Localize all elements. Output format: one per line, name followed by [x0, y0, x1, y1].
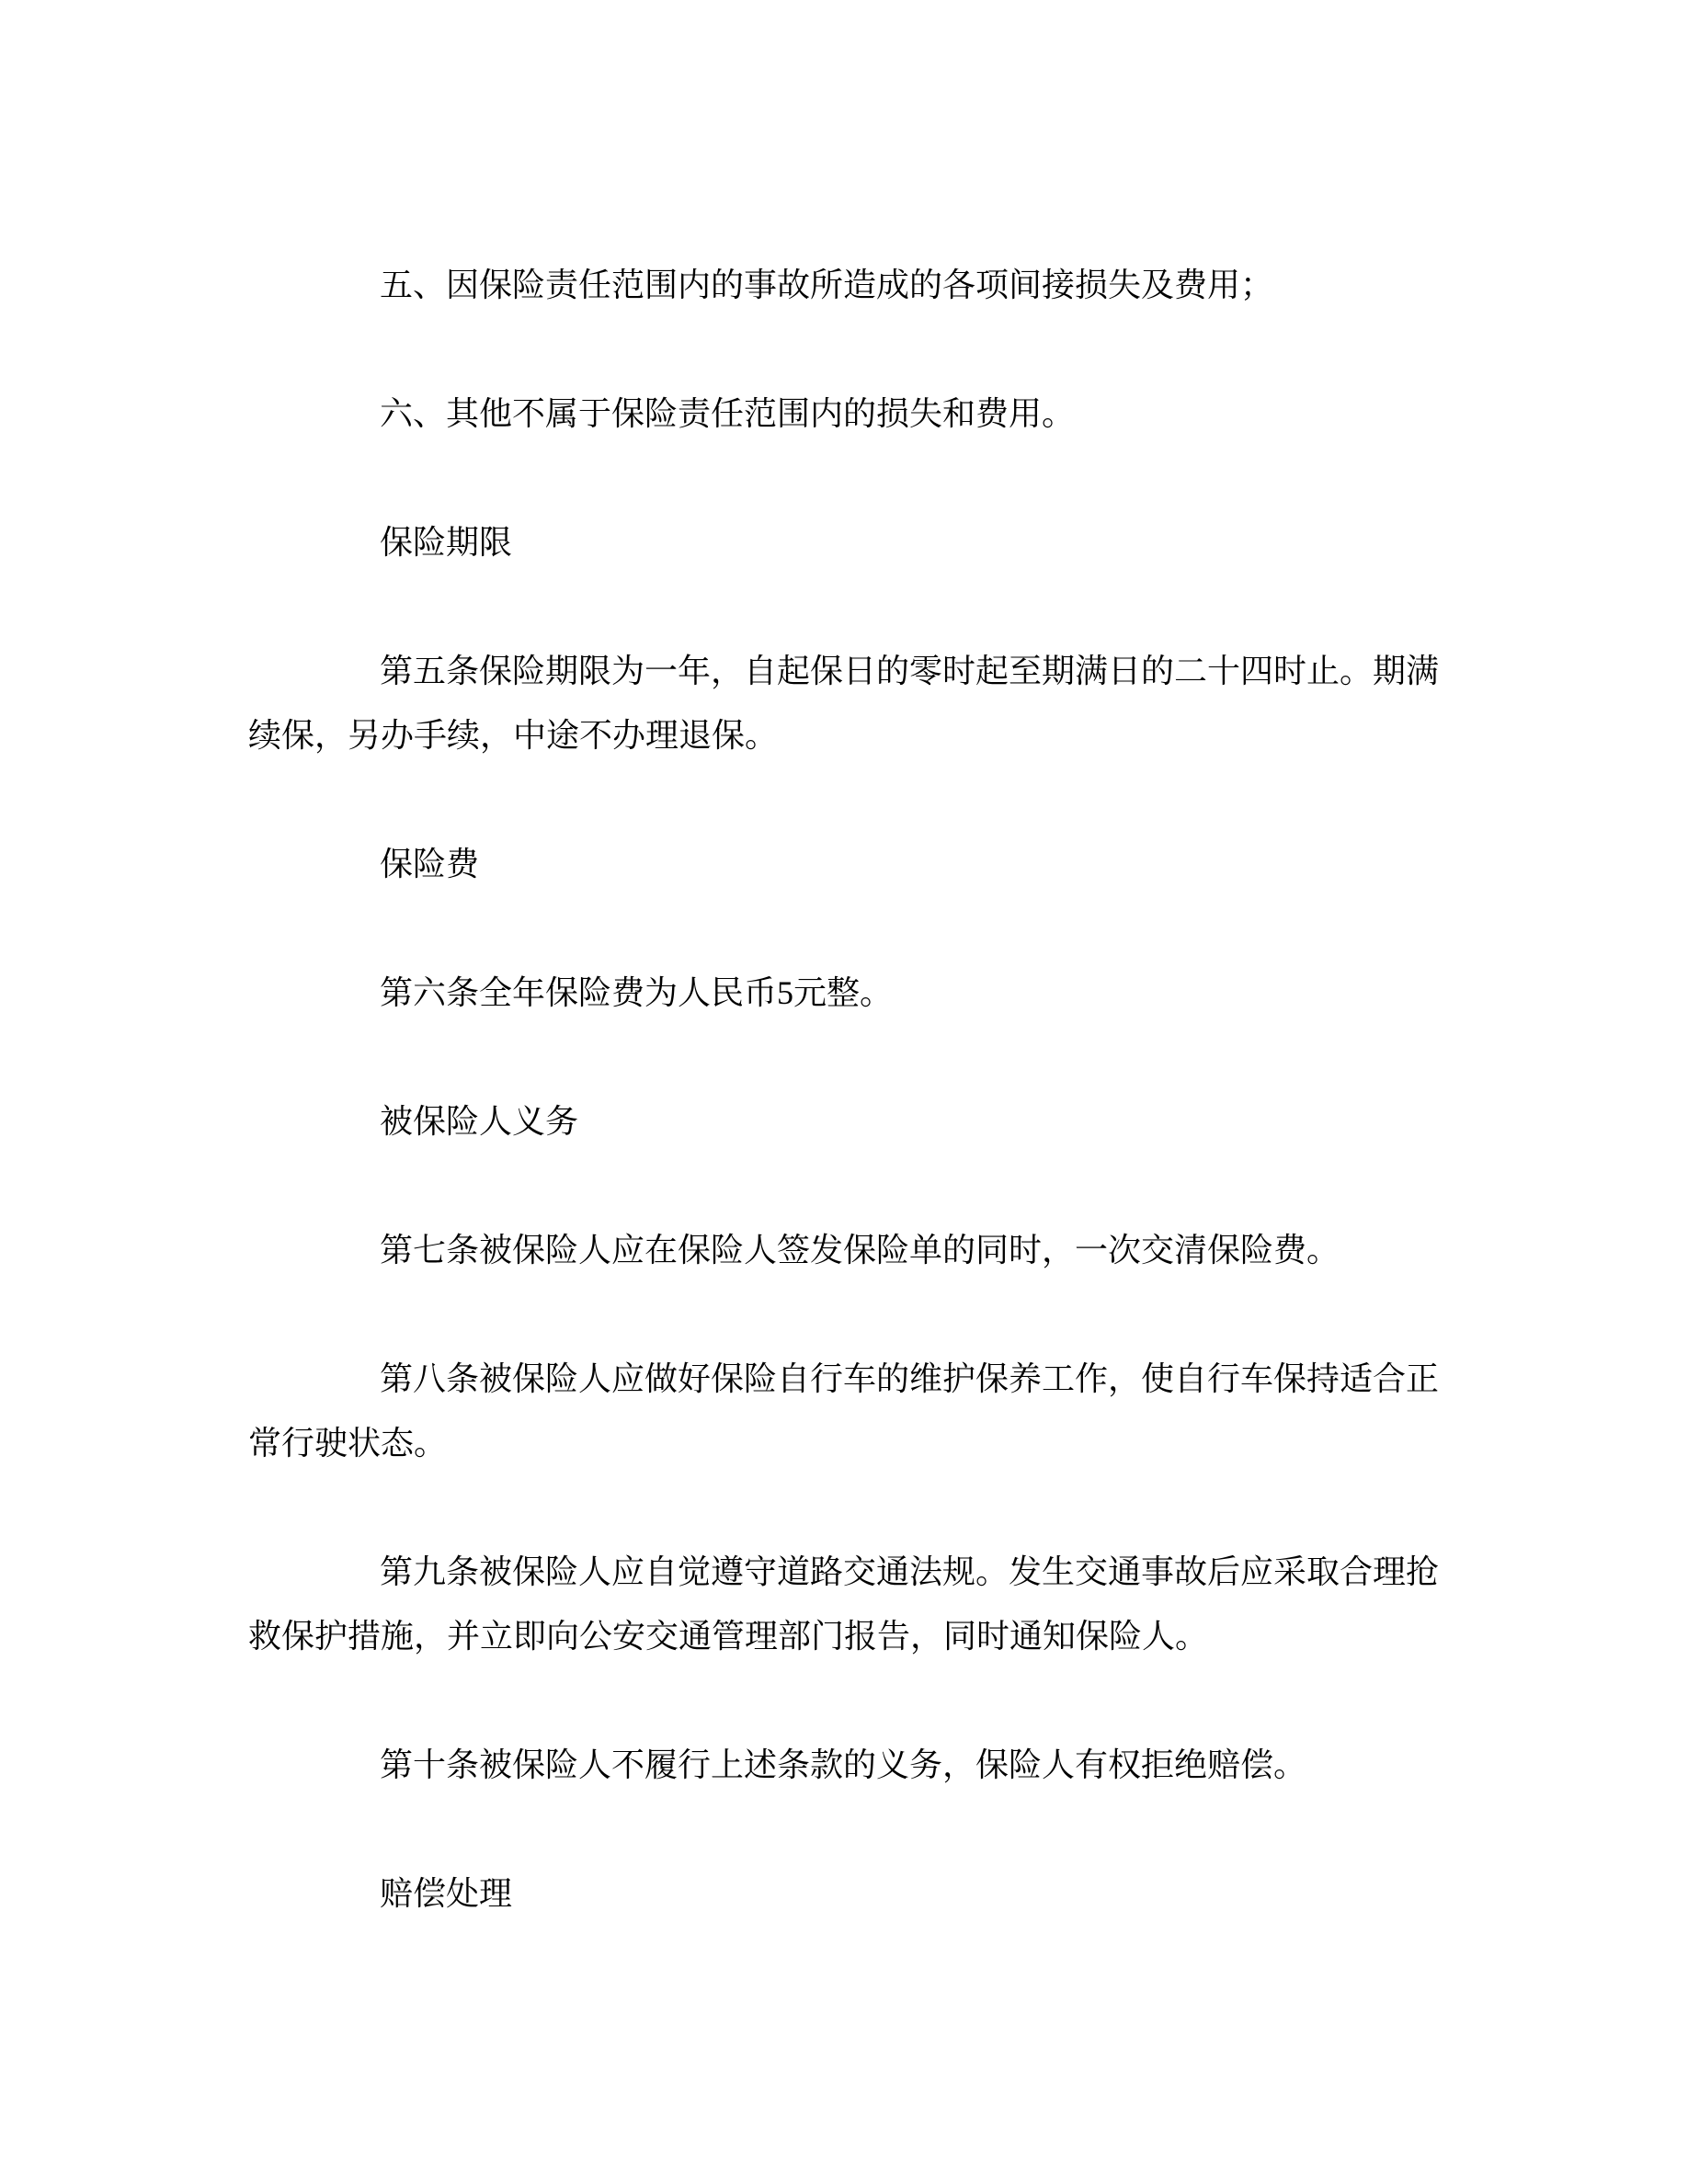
- paragraph-article-5: 第五条保险期限为一年，自起保日的零时起至期满日的二十四时止。期满 续保，另办手续…: [248, 639, 1439, 768]
- paragraph-article-9: 第九条被保险人应自觉遵守道路交通法规。发生交通事故后应采取合理抢 救保护措施，并…: [248, 1540, 1439, 1668]
- list-item-five: 五、因保险责任范围内的事故所造成的各项间接损失及费用；: [248, 253, 1439, 317]
- paragraph-article-7: 第七条被保险人应在保险人签发保险单的同时，一次交清保险费。: [248, 1218, 1439, 1282]
- document-page: 五、因保险责任范围内的事故所造成的各项间接损失及费用； 六、其他不属于保险责任范…: [0, 0, 1688, 2184]
- section-heading-premium: 保险费: [248, 832, 1439, 896]
- paragraph-article-10: 第十条被保险人不履行上述条款的义务，保险人有权拒绝赔偿。: [248, 1733, 1439, 1797]
- section-heading-insurance-period: 保险期限: [248, 510, 1439, 574]
- section-heading-claims-handling: 赔偿处理: [248, 1861, 1439, 1926]
- paragraph-article-6: 第六条全年保险费为人民币5元整。: [248, 961, 1439, 1025]
- list-item-six: 六、其他不属于保险责任范围内的损失和费用。: [248, 381, 1439, 446]
- section-heading-insured-obligations: 被保险人义务: [248, 1089, 1439, 1154]
- paragraph-article-8: 第八条被保险人应做好保险自行车的维护保养工作，使自行车保持适合正 常行驶状态。: [248, 1347, 1439, 1475]
